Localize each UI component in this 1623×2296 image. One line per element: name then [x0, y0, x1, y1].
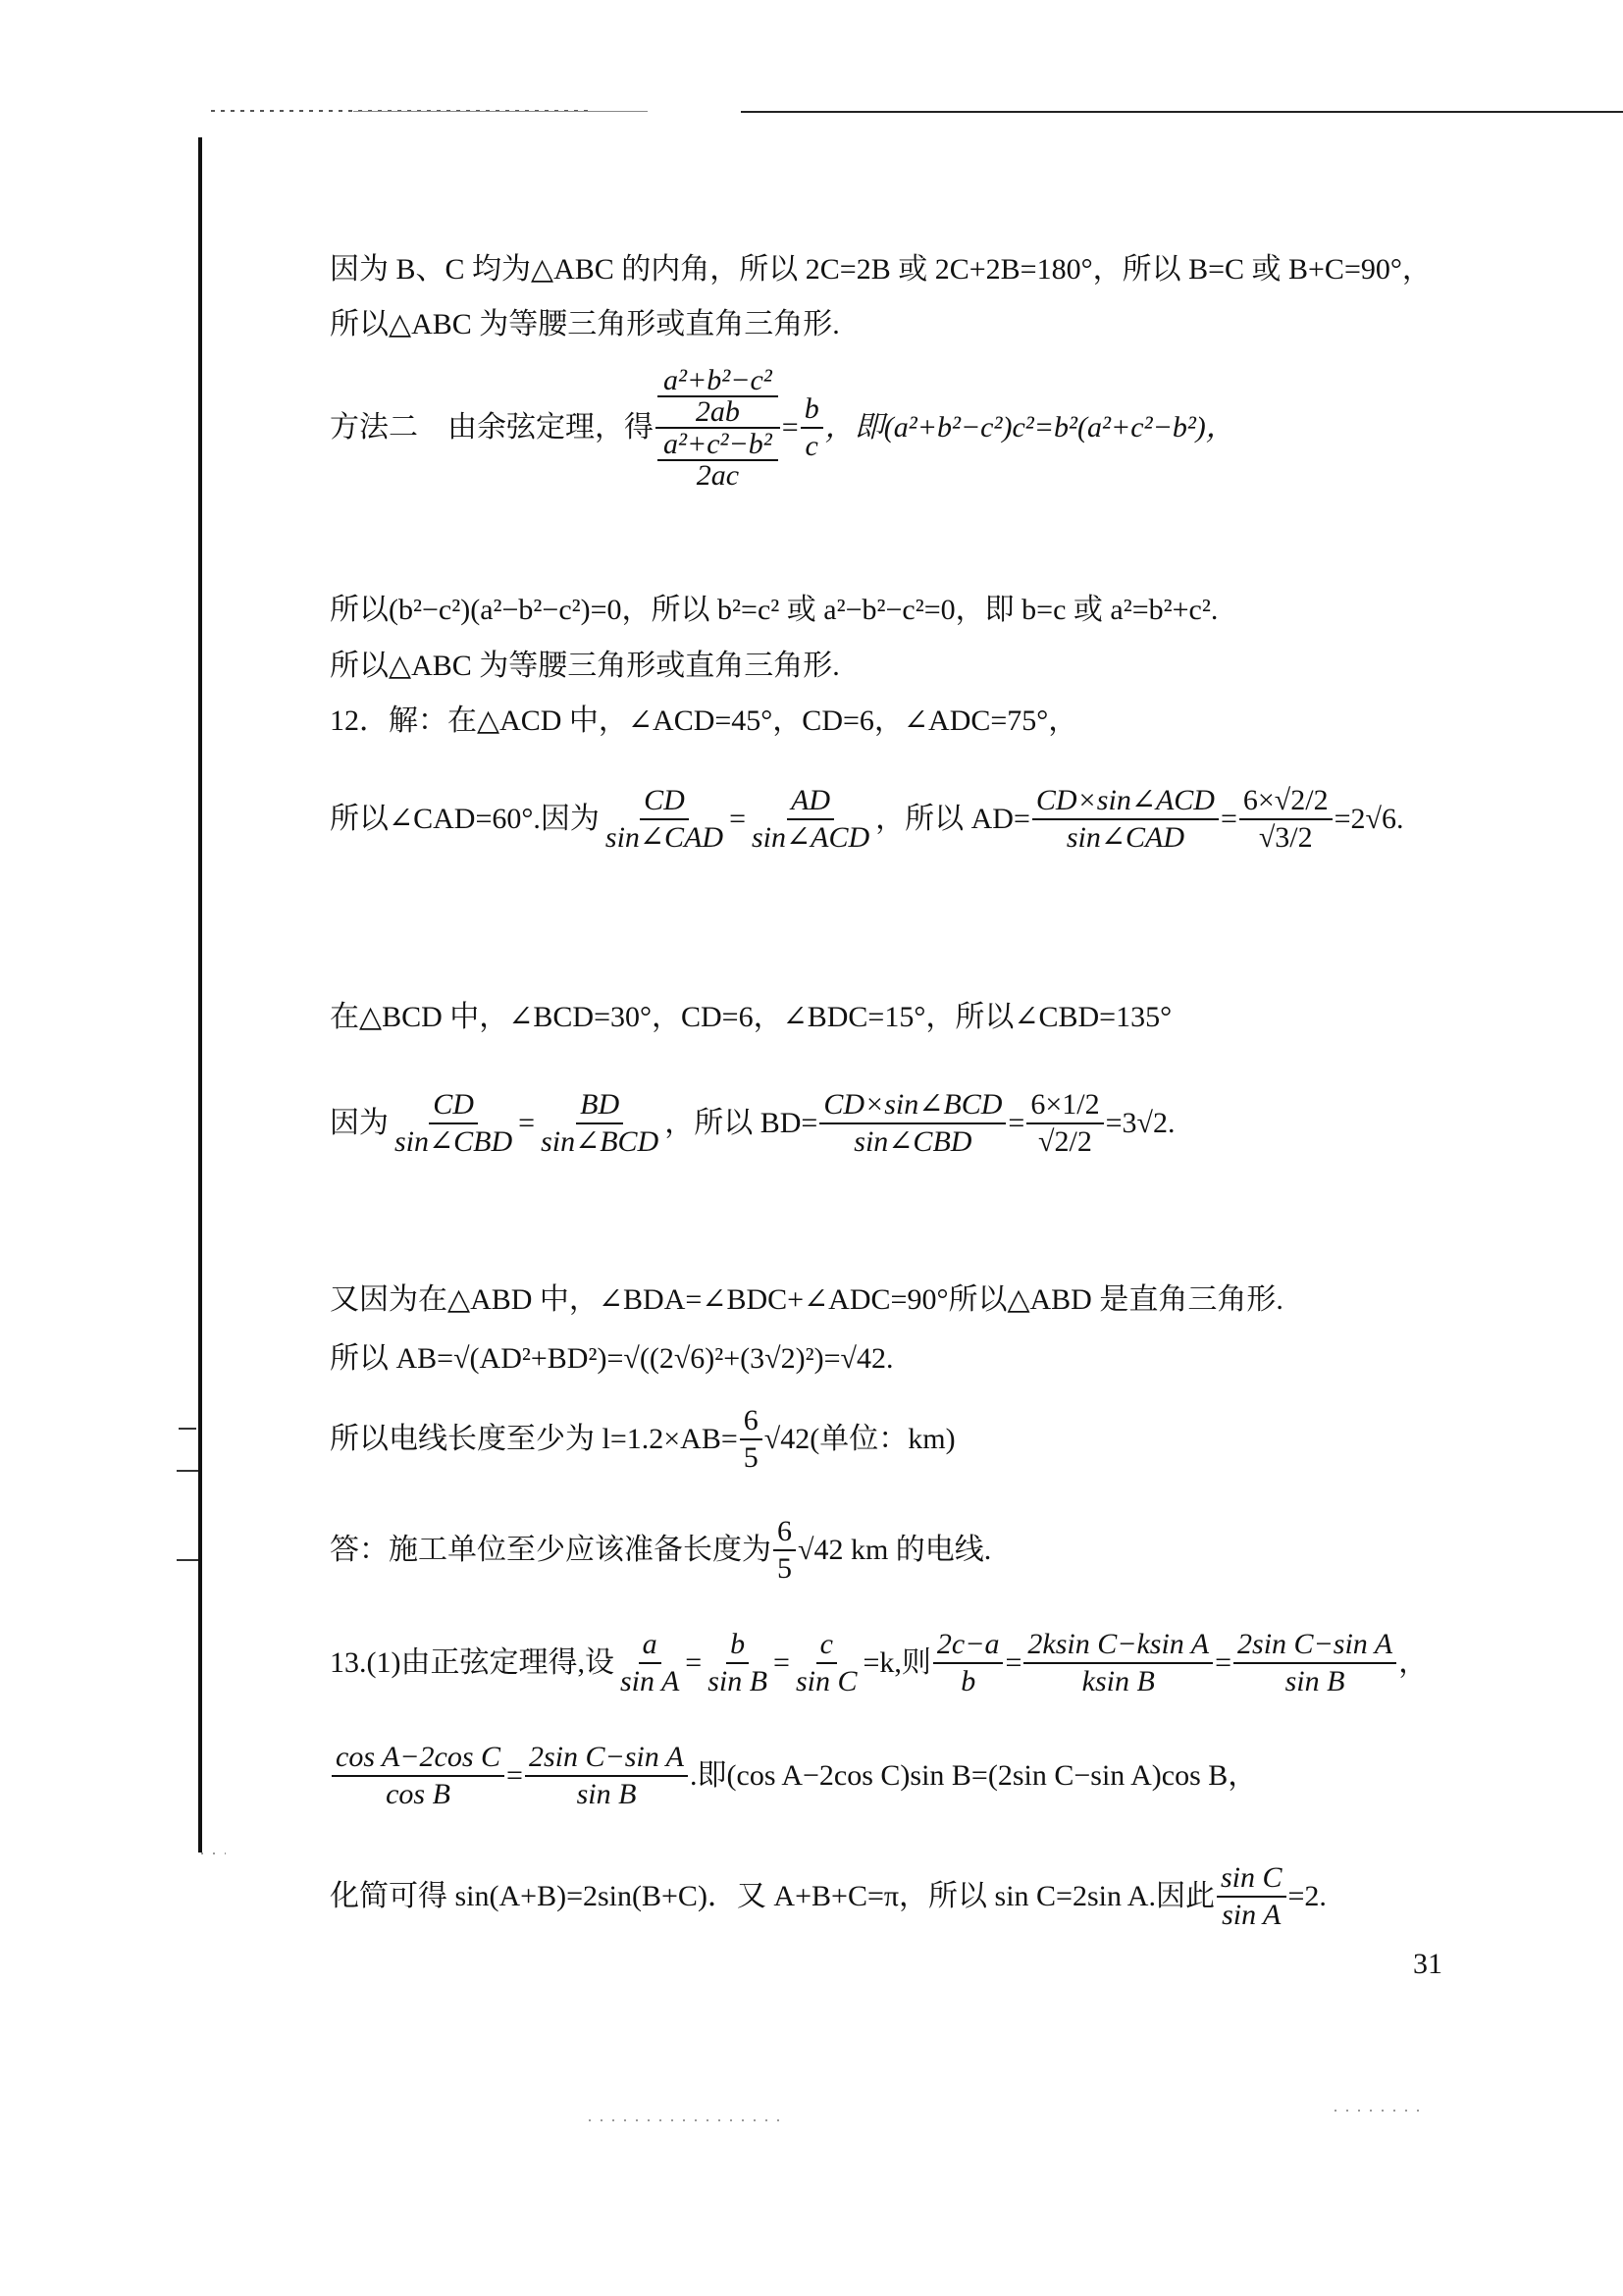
- text-line: 在△BCD 中，∠BCD=30°，CD=6，∠BDC=15°，所以∠CBD=13…: [330, 1001, 1172, 1034]
- equals-sign: =: [1221, 803, 1237, 836]
- problem-13-line1: 13.(1)由正弦定理得,设 a sin A = b sin B = c sin…: [330, 1629, 1428, 1697]
- problem-12-intro: 12．解：在△ACD 中，∠ACD=45°，CD=6，∠ADC=75°，: [330, 704, 1077, 738]
- fraction: c sin C: [792, 1629, 862, 1697]
- equals-sign: =: [685, 1646, 702, 1680]
- text-line: 所以 AB=√(AD²+BD²)=√((2√6)²+(3√2)²)=√42.: [330, 1342, 894, 1376]
- equals-sign: =: [518, 1107, 535, 1140]
- text-segment: 因为: [330, 1107, 389, 1140]
- equals-sign: =: [773, 1646, 790, 1680]
- text-segment: 答：施工单位至少应该准备长度为: [330, 1534, 771, 1567]
- fraction-denominator: 2ab: [690, 397, 746, 427]
- text-line: 所以△ABC 为等腰三角形或直角三角形.: [330, 308, 840, 341]
- result: =2.: [1288, 1880, 1327, 1913]
- equals-sign: =: [729, 803, 746, 836]
- fraction: CD sin∠CBD: [391, 1089, 516, 1158]
- fraction: 2sin C−sin A sin B: [1233, 1629, 1396, 1697]
- fraction-numerator: a²+b²−c²: [657, 366, 778, 397]
- fraction-denominator: 2ac: [691, 461, 745, 491]
- equals-sign: =: [1215, 1646, 1231, 1680]
- formula-line-ad: 所以∠CAD=60°.因为 CD sin∠CAD = AD sin∠ACD ，所…: [330, 785, 1404, 854]
- fraction: CD×sin∠BCD sin∠CBD: [819, 1089, 1006, 1158]
- fraction: 2sin C−sin A sin B: [525, 1742, 688, 1810]
- text-segment: ，即(a²+b²−c²)c²=b²(a²+c²−b²)，: [825, 411, 1235, 444]
- margin-tick: [177, 1559, 198, 1561]
- margin-tick: [179, 1428, 196, 1430]
- equals-sign: =: [506, 1759, 523, 1793]
- fraction: 2ksin C−ksin A ksin B: [1023, 1629, 1213, 1697]
- page-number: 31: [1413, 1948, 1442, 1981]
- equals-sign: =: [782, 411, 799, 444]
- equals-sign: =: [1008, 1107, 1024, 1140]
- text-line: 所以(b²−c²)(a²−b²−c²)=0，所以 b²=c² 或 a²−b²−c…: [330, 594, 1218, 627]
- text-segment: =k,则: [864, 1646, 931, 1680]
- text-segment: 化简可得 sin(A+B)=2sin(B+C)．又 A+B+C=π，所以 sin…: [330, 1880, 1215, 1913]
- text-segment: 13.(1)由正弦定理得,设: [330, 1646, 614, 1680]
- text-segment: √42(单位：km): [764, 1423, 956, 1456]
- text-segment: ，: [1398, 1646, 1428, 1680]
- result: =2√6.: [1335, 803, 1404, 836]
- footer-scan-dots: [201, 1852, 226, 1854]
- text-segment: 所以电线长度至少为 l=1.2×AB=: [330, 1423, 738, 1456]
- compound-fraction: a²+b²−c² 2ab a²+c²−b² 2ac: [655, 365, 780, 491]
- header-rule: [741, 111, 1623, 113]
- text-segment: .即(cos A−2cos C)sin B=(2sin C−sin A)cos …: [690, 1759, 1257, 1793]
- compound-fraction: 6×√2/2 √3/2: [1239, 785, 1333, 854]
- text-segment: ，所以 BD=: [664, 1107, 817, 1140]
- text-line: 又因为在△ABD 中，∠BDA=∠BDC+∠ADC=90°所以△ABD 是直角三…: [330, 1283, 1283, 1317]
- fraction: 6 5: [773, 1516, 796, 1585]
- footer-scan-dots: [1335, 2110, 1423, 2112]
- method-label: 方法二 由余弦定理，得: [330, 411, 654, 444]
- result: =3√2.: [1106, 1107, 1176, 1140]
- fraction: 6 5: [740, 1405, 762, 1474]
- binding-margin-line: [198, 137, 202, 1852]
- answer-line: 答：施工单位至少应该准备长度为 6 5 √42 km 的电线.: [330, 1516, 991, 1585]
- text-line: 因为 B、C 均为△ABC 的内角，所以 2C=2B 或 2C+2B=180°，…: [330, 253, 1432, 287]
- scanned-page: 因为 B、C 均为△ABC 的内角，所以 2C=2B 或 2C+2B=180°，…: [0, 0, 1623, 2296]
- header-scan-rule-faint: [353, 111, 648, 112]
- formula-line-cosine-rule: 方法二 由余弦定理，得 a²+b²−c² 2ab a²+c²−b² 2ac = …: [330, 365, 1235, 491]
- text-segment: √42 km 的电线.: [798, 1534, 991, 1567]
- formula-line-bd: 因为 CD sin∠CBD = BD sin∠BCD ，所以 BD= CD×si…: [330, 1089, 1175, 1158]
- fraction: cos A−2cos C cos B: [332, 1742, 504, 1810]
- equals-sign: =: [1005, 1646, 1021, 1680]
- fraction: a sin A: [616, 1629, 683, 1697]
- fraction-numerator: a²+c²−b²: [657, 430, 778, 461]
- text-line: 所以△ABC 为等腰三角形或直角三角形.: [330, 650, 840, 683]
- fraction: 2c−a b: [933, 1629, 1004, 1697]
- fraction: BD sin∠BCD: [537, 1089, 662, 1158]
- fraction: CD sin∠CAD: [602, 785, 727, 854]
- fraction: sin C sin A: [1217, 1862, 1286, 1931]
- text-segment: ，所以 AD=: [875, 803, 1030, 836]
- problem-13-line3: 化简可得 sin(A+B)=2sin(B+C)．又 A+B+C=π，所以 sin…: [330, 1862, 1327, 1931]
- fraction: AD sin∠ACD: [748, 785, 873, 854]
- footer-scan-dots: [589, 2119, 785, 2121]
- fraction: b sin B: [704, 1629, 771, 1697]
- problem-13-line2: cos A−2cos C cos B = 2sin C−sin A sin B …: [330, 1742, 1257, 1810]
- fraction: CD×sin∠ACD sin∠CAD: [1032, 785, 1219, 854]
- fraction: b c: [801, 393, 823, 462]
- wire-length-line: 所以电线长度至少为 l=1.2×AB= 6 5 √42(单位：km): [330, 1405, 956, 1474]
- compound-fraction: 6×1/2 √2/2: [1026, 1089, 1103, 1158]
- margin-tick: [177, 1470, 198, 1472]
- text-segment: 所以∠CAD=60°.因为: [330, 803, 600, 836]
